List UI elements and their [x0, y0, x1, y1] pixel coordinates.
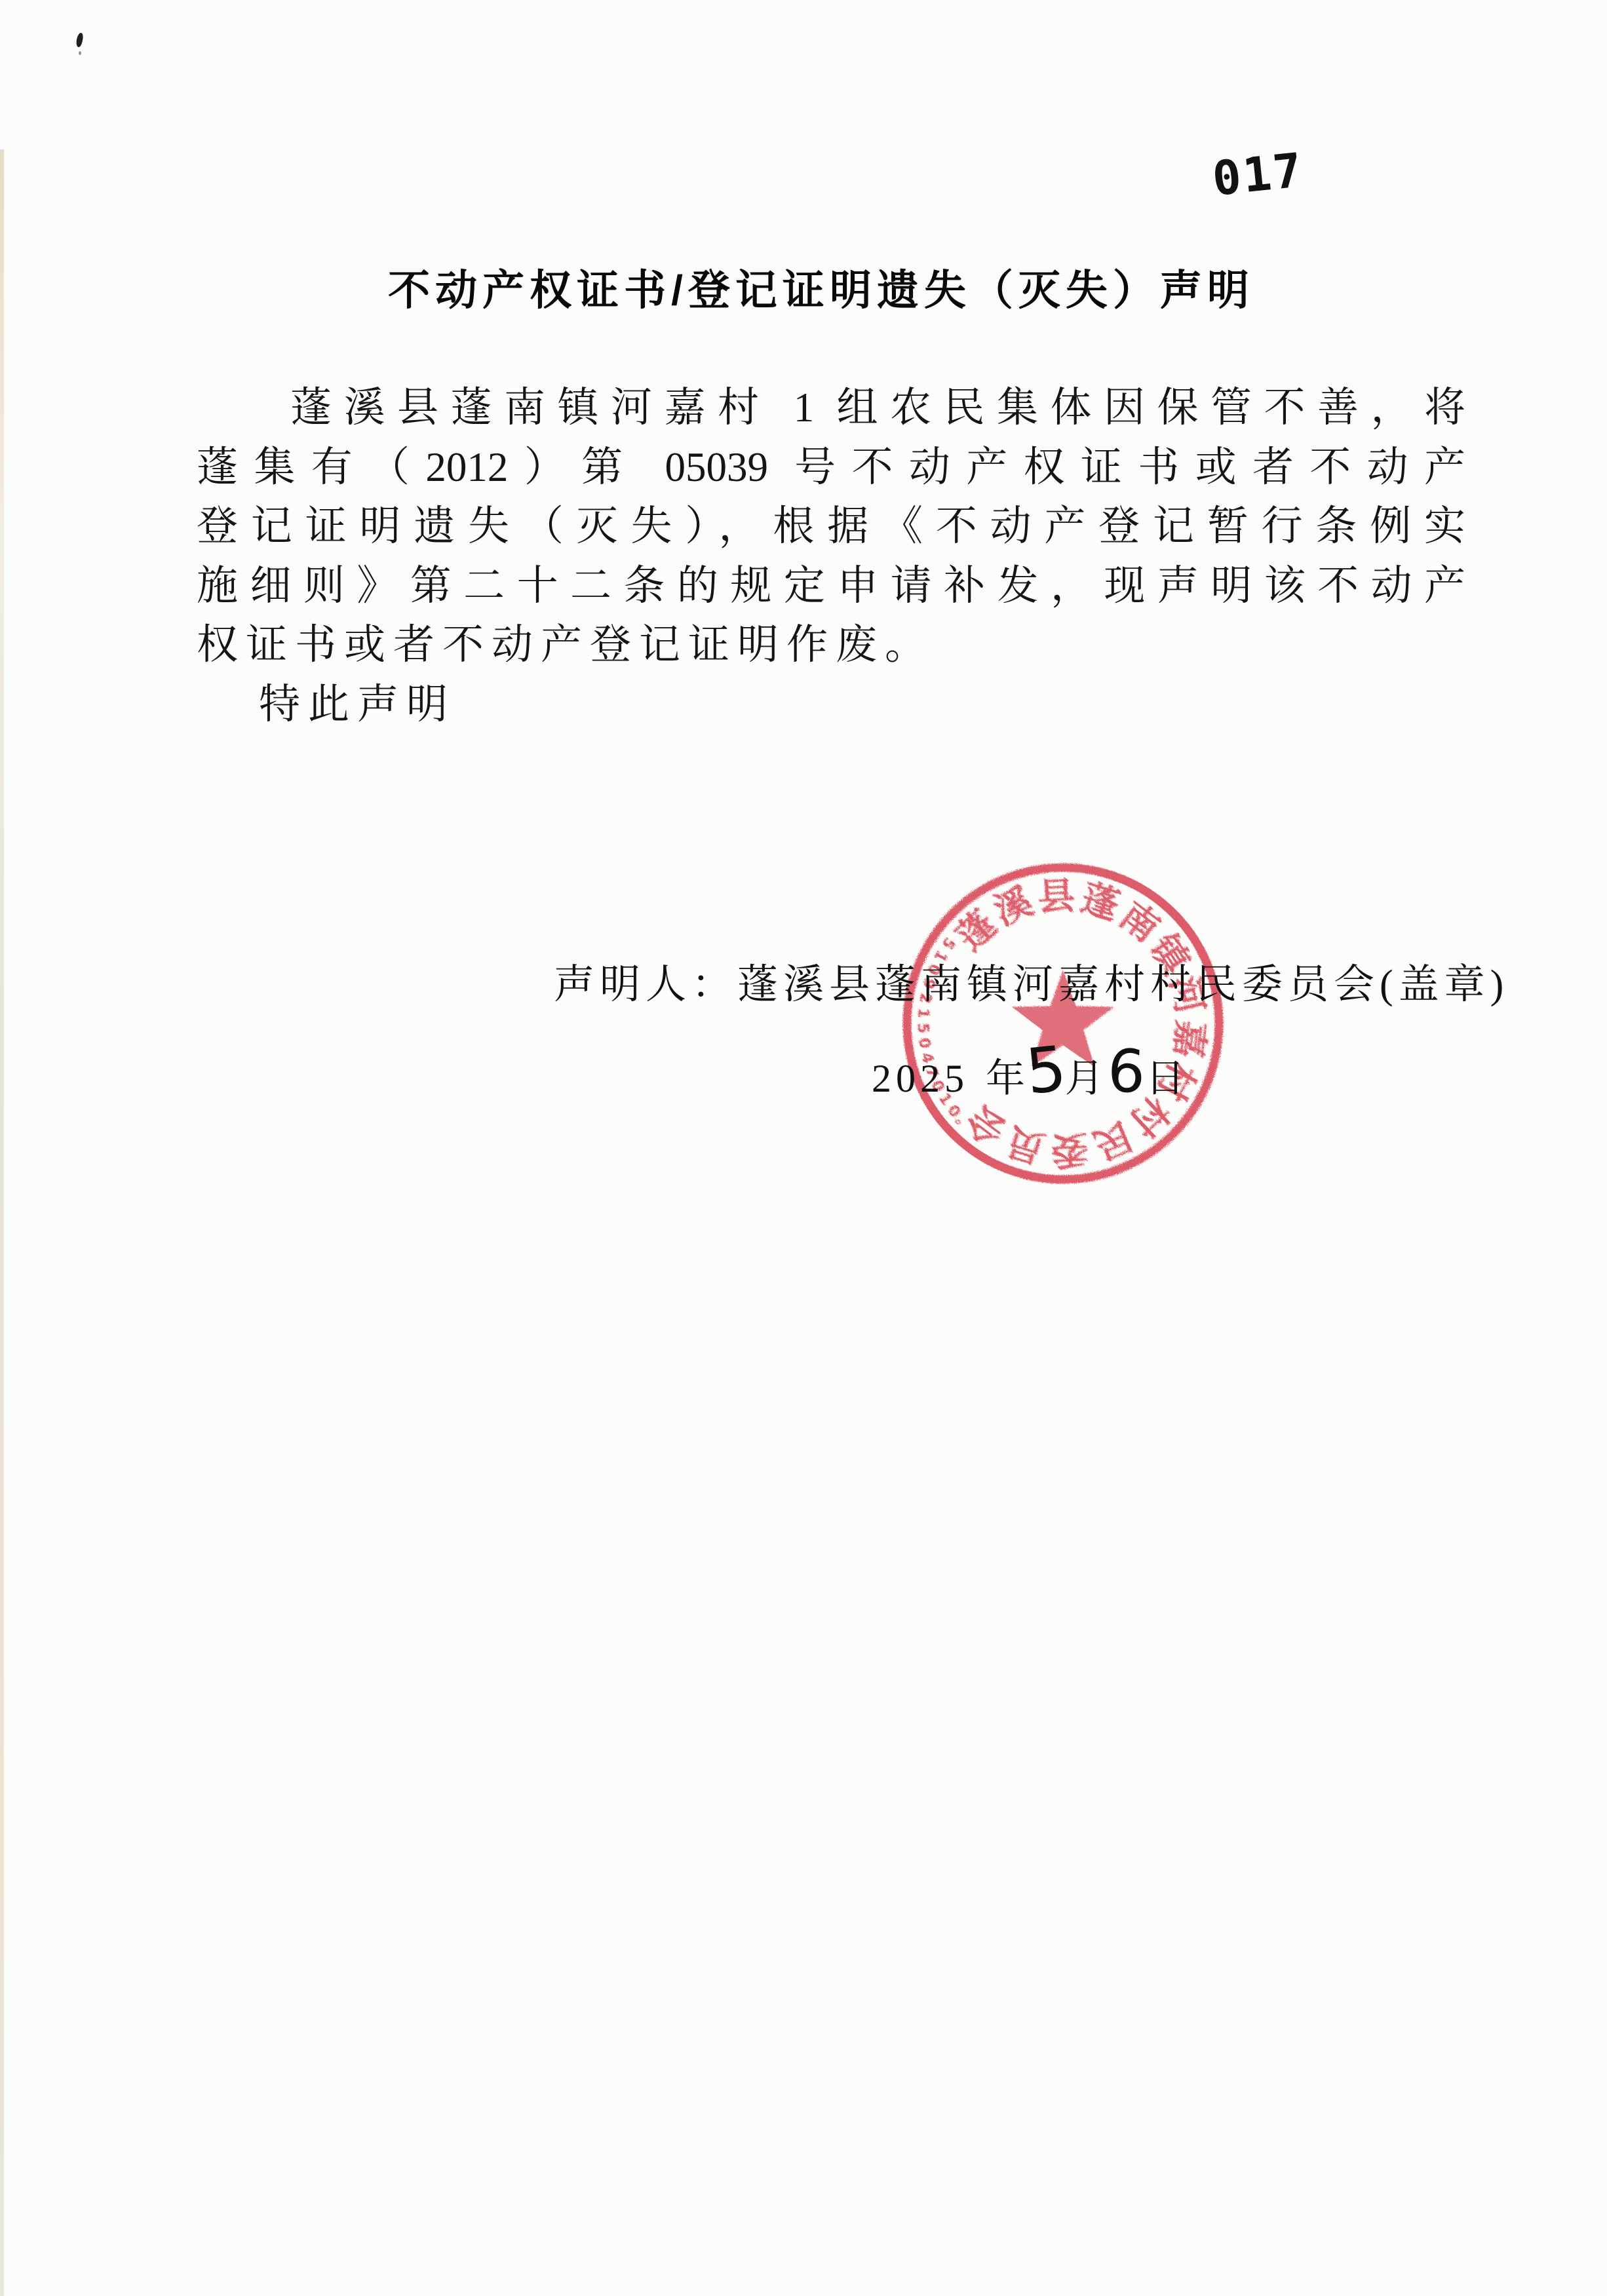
body-line: 施细则》第二十二条的规定申请补发，现声明该不动产 — [197, 556, 1465, 616]
body-line: 权证书或者不动产登记证明作废。 — [197, 615, 1465, 675]
ink-speck-dot — [79, 51, 81, 55]
date-month-label: 月 — [1064, 1047, 1104, 1103]
ink-speck — [75, 32, 84, 47]
page-corner-number: 017 — [1210, 142, 1306, 206]
svg-text:县: 县 — [1037, 875, 1076, 919]
date-year: 2025 — [872, 1056, 969, 1101]
body-line: 蓬溪县蓬南镇河嘉村 1 组农民集体因保管不善，将 — [197, 378, 1465, 438]
handwritten-day: 6 — [1108, 1071, 1145, 1073]
date-day-label: 日 — [1146, 1047, 1185, 1103]
body-line: 登记证明遗失（灭失），根据《不动产登记暂行条例实 — [197, 497, 1465, 556]
official-red-seal: 蓬溪县蓬南镇河嘉村村民委员会5109215047010。 — [884, 845, 1243, 1203]
declaration-body: 蓬溪县蓬南镇河嘉村 1 组农民集体因保管不善，将 蓬集有（2012）第 0503… — [197, 378, 1465, 734]
svg-text:委: 委 — [1050, 1128, 1089, 1172]
document-page: 017 不动产权证书/登记证明遗失（灭失）声明 蓬溪县蓬南镇河嘉村 1 组农民集… — [0, 0, 1607, 2296]
date-line: 2025 年 5 月 6 日 — [872, 1047, 1185, 1103]
body-closing-line: 特此声明 — [197, 675, 1465, 735]
document-title: 不动产权证书/登记证明遗失（灭失）声明 — [388, 257, 1254, 317]
svg-text:蓬: 蓬 — [1076, 877, 1124, 928]
body-line: 蓬集有（2012）第 05039 号不动产权证书或者不动产 — [197, 438, 1465, 497]
svg-text:5: 5 — [938, 934, 958, 952]
declarant-line: 声明人：蓬溪县蓬南镇河嘉村村民委员会(盖章) — [554, 951, 1509, 1010]
svg-text:5: 5 — [914, 1023, 932, 1034]
date-year-label: 年 — [986, 1047, 1025, 1103]
scan-edge-artifact — [0, 149, 4, 2296]
handwritten-month: 5 — [1026, 1069, 1066, 1073]
